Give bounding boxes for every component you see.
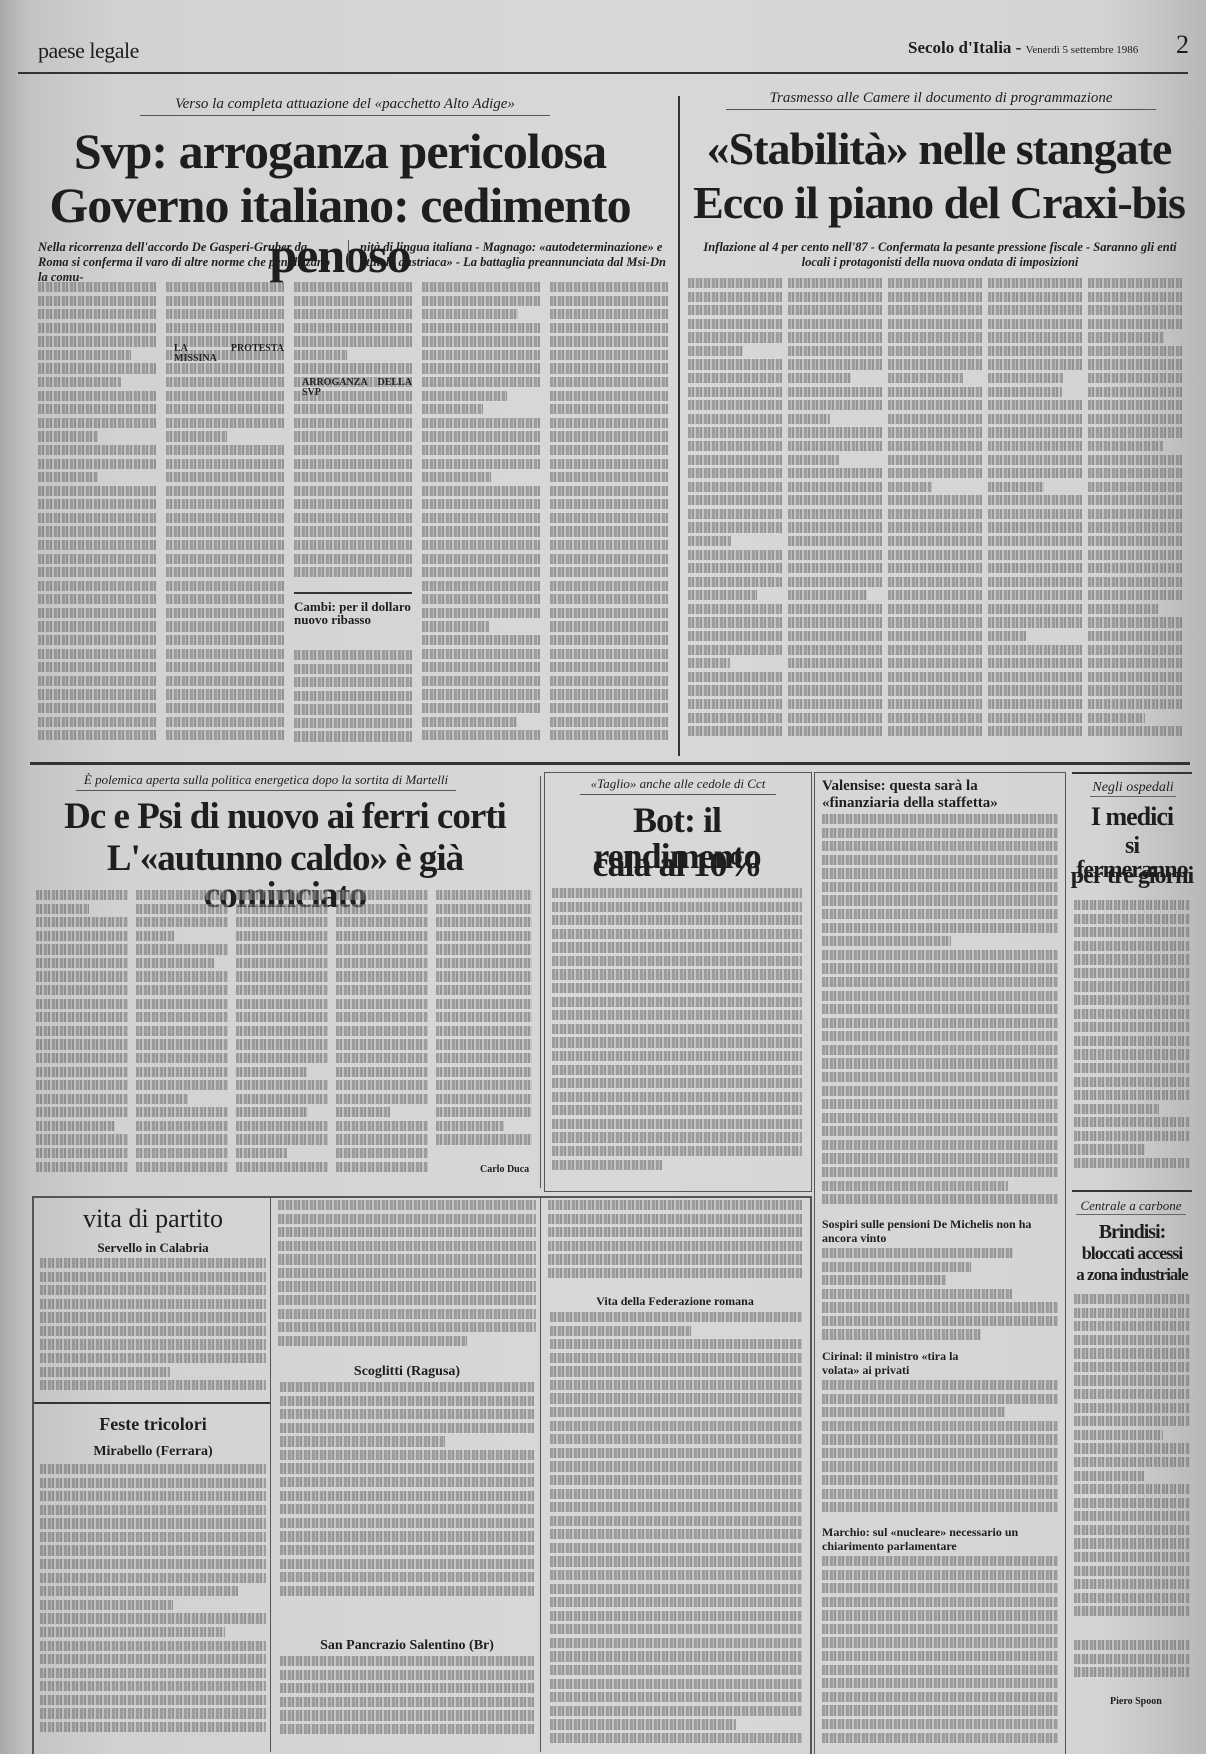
page-number: 2 [1176, 30, 1189, 60]
cambi-headline: Cambi: per il dollaro nuovo ribasso [294, 600, 412, 626]
craxi-body-col-4 [988, 278, 1082, 752]
vita-divider-1 [270, 1198, 271, 1752]
dcpsi-body-col-3 [236, 890, 328, 1180]
bot-headline-2: cala al 10% [548, 846, 806, 882]
marchio-headline: Marchio: sul «nucleare» necessario un ch… [822, 1526, 1058, 1554]
newspaper-page: paese legale Secolo d'Italia - Venerdì 5… [0, 0, 1206, 1754]
mirabello-body [40, 1464, 266, 1748]
svp-kicker: Verso la completa attuazione del «pacche… [140, 96, 550, 116]
svp-body-col-1 [38, 282, 156, 752]
brindisi-headline-1: Brindisi: [1070, 1222, 1194, 1242]
newspaper-name: Secolo d'Italia [908, 38, 1011, 57]
svp-body-col-5 [550, 282, 668, 752]
svp-body-col-4 [422, 282, 540, 752]
vita-col2-top [278, 1200, 536, 1360]
section-label: paese legale [38, 38, 139, 64]
servello-body [40, 1258, 266, 1398]
vita-section-san-pancrazio: San Pancrazio Salentino (Br) [278, 1638, 536, 1654]
valensise-body [822, 814, 1058, 1214]
section-rule [30, 762, 1190, 765]
medici-rule [1072, 772, 1192, 774]
vita-section-servello: Servello in Calabria [38, 1240, 268, 1256]
medici-headline-3: per tre giorni [1070, 864, 1194, 888]
svp-deck-left: Nella ricorrenza dell'accordo De Gasperi… [38, 240, 338, 285]
svp-body-col-2: LA PROTESTA MISSINA [166, 282, 284, 752]
vita-section-scoglitti: Scoglitti (Ragusa) [278, 1364, 536, 1380]
brindisi-body [1074, 1294, 1190, 1624]
valensise-headline: Valensise: questa sarà la «finanziaria d… [822, 778, 1058, 813]
scoglitti-body [280, 1382, 534, 1610]
svp-subhead-1: LA PROTESTA MISSINA [174, 344, 284, 364]
dcpsi-divider [540, 776, 541, 1188]
brindisi-headline-2: bloccati accessi [1070, 1244, 1194, 1262]
vita-section-federazione: Vita della Federazione romana [548, 1294, 802, 1309]
dcpsi-body-col-4 [336, 890, 428, 1180]
marchio-body [822, 1556, 1058, 1750]
dcpsi-headline-1: Dc e Psi di nuovo ai ferri corti [30, 798, 540, 835]
craxi-headline-2: Ecco il piano del Craxi-bis [686, 180, 1192, 226]
brindisi-signature: Piero Spoon [1110, 1696, 1162, 1707]
vita-section-mirabello: Mirabello (Ferrara) [38, 1444, 268, 1460]
cambi-rule [294, 592, 412, 594]
dcpsi-body-col-2 [136, 890, 228, 1180]
vita-rule [34, 1402, 270, 1404]
dcpsi-kicker: È polemica aperta sulla politica energet… [76, 772, 456, 791]
bot-kicker: «Taglio» anche alle cedole di Cct [580, 776, 776, 795]
bot-body [552, 888, 802, 1184]
dcpsi-body-col-1 [36, 890, 128, 1180]
medici-headline-1: I medici [1070, 804, 1194, 830]
demichelis-headline: Sospiri sulle pensioni De Michelis non h… [822, 1218, 1058, 1246]
svp-headline-1: Svp: arroganza pericolosa [10, 126, 670, 176]
craxi-headline-1: «Stabilità» nelle stangate [686, 126, 1192, 172]
cirinal-headline: Cirinal: il ministro «tira la volata» ai… [822, 1350, 982, 1378]
medici-kicker: Negli ospedali [1090, 780, 1176, 797]
svp-deck-right: nità di lingua italiana - Magnago: «auto… [360, 240, 670, 270]
brindisi-note [1074, 1640, 1190, 1690]
vita-title: vita di partito [38, 1204, 268, 1234]
dcpsi-body-col-5 [436, 890, 532, 1152]
vita-section-feste: Feste tricolori [38, 1414, 268, 1435]
svp-subhead-2: ARROGANZA DELLA SVP [302, 378, 412, 398]
craxi-body-col-1 [688, 278, 782, 752]
brindisi-headline-3: a zona industriale [1070, 1266, 1194, 1283]
cirinal-body [822, 1380, 1058, 1520]
craxi-body-col-5 [1088, 278, 1182, 752]
demichelis-body [822, 1248, 1058, 1344]
medici-body [1074, 900, 1190, 1184]
san-pancrazio-body [280, 1656, 534, 1748]
federazione-body [550, 1312, 802, 1748]
column-divider [678, 96, 680, 756]
deck-divider [348, 240, 349, 270]
header-rule [18, 72, 1188, 74]
vita-col3-top [548, 1200, 802, 1290]
craxi-deck: Inflazione al 4 per cento nell'87 - Conf… [690, 240, 1190, 270]
brindisi-rule [1072, 1190, 1192, 1192]
craxi-body-col-3 [888, 278, 982, 752]
cambi-body [294, 650, 412, 750]
brindisi-kicker: Centrale a carbone [1076, 1198, 1186, 1215]
masthead: Secolo d'Italia - Venerdì 5 settembre 19… [908, 38, 1138, 58]
issue-date: Venerdì 5 settembre 1986 [1026, 44, 1139, 56]
vita-divider-2 [540, 1198, 541, 1752]
craxi-kicker: Trasmesso alle Camere il documento di pr… [726, 90, 1156, 110]
svp-body-col-3: ARROGANZA DELLA SVP [294, 282, 412, 592]
craxi-body-col-2 [788, 278, 882, 752]
dcpsi-byline: Carlo Duca [480, 1164, 529, 1175]
